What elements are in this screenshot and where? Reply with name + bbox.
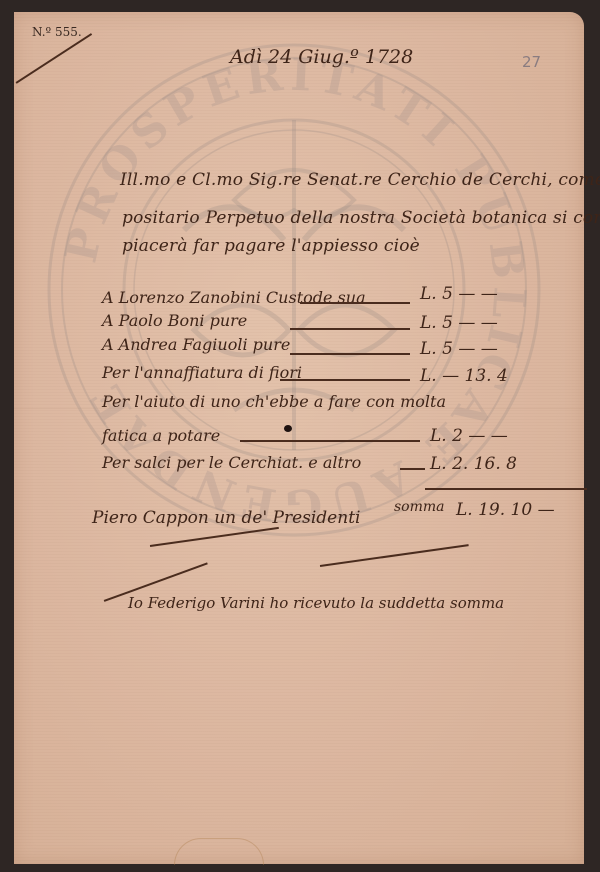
entry-label: Per l'annaffiatura di fiori bbox=[102, 365, 302, 381]
entry-amount: L. 5 — — bbox=[420, 315, 498, 332]
body-line-1: Ill.mo e Cl.mo Sig.re Senat.re Cerchio d… bbox=[120, 172, 600, 189]
entry-label: fatica a potare bbox=[102, 428, 220, 444]
archive-number: N.º 555. bbox=[32, 26, 82, 38]
entry-label: A Paolo Boni pure bbox=[102, 313, 247, 329]
body-line-2: positario Perpetuo della nostra Società … bbox=[122, 210, 600, 227]
entry-amount: L. 5 — — bbox=[420, 286, 498, 303]
payer-line: Piero Cappon un de' Presidenti bbox=[92, 510, 360, 527]
leader-dash bbox=[240, 440, 420, 442]
folio-number: 27 bbox=[522, 55, 541, 70]
ink-blot bbox=[284, 425, 292, 432]
receipt-signature: Io Federigo Varini ho ricevuto la suddet… bbox=[128, 596, 504, 611]
total-amount: L. 19. 10 — bbox=[456, 502, 555, 519]
leader-dash bbox=[300, 302, 410, 304]
entry-amount: L. — 13. 4 bbox=[420, 368, 508, 385]
entry-label: A Andrea Fagiuoli pure bbox=[102, 337, 290, 353]
leader-dash bbox=[280, 379, 410, 381]
entry-label: A Lorenzo Zanobini Custode sua bbox=[102, 290, 366, 306]
date-line: Adì 24 Giug.º 1728 bbox=[230, 48, 413, 67]
entry-label: Per l'aiuto di uno ch'ebbe a fare con mo… bbox=[102, 394, 446, 410]
leader-dash bbox=[290, 328, 410, 330]
entry-amount: L. 2 — — bbox=[430, 428, 508, 445]
total-label: somma bbox=[394, 500, 445, 514]
entry-amount: L. 5 — — bbox=[420, 341, 498, 358]
water-stain bbox=[174, 838, 264, 865]
entry-label: Per salci per le Cerchiat. e altro bbox=[102, 455, 361, 471]
leader-dash bbox=[290, 353, 410, 355]
sum-rule bbox=[425, 488, 587, 490]
entry-amount: L. 2. 16. 8 bbox=[430, 456, 517, 473]
leader-dash bbox=[400, 468, 425, 470]
body-line-3: piacerà far pagare l'appiesso cioè bbox=[122, 238, 420, 255]
